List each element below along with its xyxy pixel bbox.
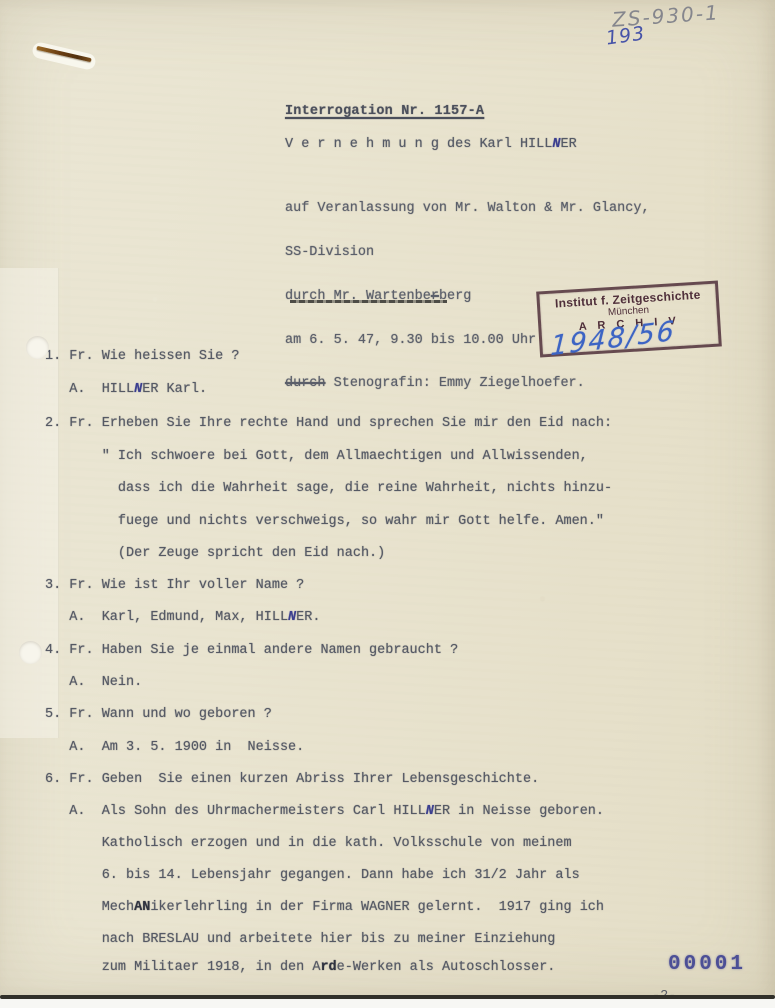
header-line-stenographer: durch Stenografin: Emmy Ziegelhoefer.	[285, 377, 650, 392]
answer-text: ikerlehrling in der Firma WAGNER gelernt…	[150, 900, 604, 915]
staple-mark	[30, 42, 100, 72]
punch-hole-bottom	[19, 641, 42, 664]
qa-question-5: 5. Fr. Wann und wo geboren ?	[45, 707, 272, 723]
qa-oath-note: (Der Zeuge spricht den Eid nach.)	[45, 546, 385, 562]
qa-answer-4: A. Nein.	[45, 675, 142, 691]
answer-text: A. Als Sohn des Uhrmachermeisters Carl H…	[45, 804, 426, 819]
overtyped-correction: rd	[320, 960, 336, 975]
answer-text: ER.	[296, 610, 320, 625]
answer-text: e-Werken als Autoschlosser.	[337, 960, 556, 975]
overtyped-correction: AN	[134, 900, 150, 915]
qa-answer-6-line-1: A. Als Sohn des Uhrmachermeisters Carl H…	[45, 804, 604, 820]
qa-question-6: 6. Fr. Geben Sie einen kurzen Abriss Ihr…	[45, 772, 539, 788]
document-title: Interrogation Nr. 1157-A	[285, 104, 484, 119]
qa-oath-line-1: " Ich schwoere bei Gott, dem Allmaechtig…	[45, 449, 588, 465]
answer-text: zum Militaer 1918, in den A	[45, 960, 320, 975]
qa-question-4: 4. Fr. Haben Sie je einmal andere Namen …	[45, 643, 458, 659]
qa-answer-6-line-6: zum Militaer 1918, in den Arde-Werken al…	[45, 960, 555, 976]
document-subject: V e r n e h m u n g des Karl HILLNER	[285, 137, 577, 152]
header-line-division: SS-Division	[285, 246, 650, 261]
scan-background	[0, 999, 775, 1008]
qa-answer-6-line-2: Katholisch erzogen und in die kath. Volk…	[45, 836, 572, 852]
qa-answer-6-line-5: nach BRESLAU und arbeitete hier bis zu m…	[45, 932, 555, 948]
qa-oath-line-2: dass ich die Wahrheit sage, die reine Wa…	[45, 481, 612, 497]
subject-name-post: ER	[560, 137, 576, 152]
qa-answer-6-line-3: 6. bis 14. Lebensjahr gegangen. Dann hab…	[45, 868, 580, 884]
struck-word: durch	[285, 376, 326, 391]
qa-answer-6-line-4: MechANikerlehrling in der Firma WAGNER g…	[45, 900, 604, 916]
qa-answer-3: A. Karl, Edmund, Max, HILLNER.	[45, 610, 320, 626]
qa-answer-1: A. HILLNER Karl.	[45, 382, 207, 398]
qa-question-2: 2. Fr. Erheben Sie Ihre rechte Hand und …	[45, 416, 612, 432]
qa-answer-5: A. Am 3. 5. 1900 in Neisse.	[45, 740, 304, 756]
handwritten-correction-n: N	[288, 610, 296, 625]
answer-text: ER in Neisse geboren.	[434, 804, 604, 819]
header-line-commissioned-by: auf Veranlassung von Mr. Walton & Mr. Gl…	[285, 202, 650, 217]
typed-divider-line	[290, 300, 447, 303]
handwritten-correction-n: N	[426, 804, 434, 819]
answer-text: A. HILL	[45, 382, 134, 397]
answer-text: ER Karl.	[142, 382, 207, 397]
stenographer-text: Stenografin: Emmy Ziegelhoefer.	[326, 376, 585, 391]
handwritten-page-ref: 193	[605, 22, 647, 49]
punch-hole-top	[26, 336, 49, 359]
subject-spaced: V e r n e h m u n g	[285, 137, 439, 152]
qa-oath-line-3: fuege und nichts verschweigs, so wahr mi…	[45, 514, 604, 530]
qa-question-1: 1. Fr. Wie heissen Sie ?	[45, 349, 239, 365]
subject-mid: des Karl	[439, 137, 520, 152]
document-page: ZS-930-1 193 Interrogation Nr. 1157-A V …	[0, 0, 775, 998]
answer-text: A. Karl, Edmund, Max, HILL	[45, 610, 288, 625]
qa-question-3: 3. Fr. Wie ist Ihr voller Name ?	[45, 578, 304, 594]
serial-number-stamp: 00001	[668, 953, 746, 976]
answer-text: Mech	[45, 900, 134, 915]
subject-name-pre: HILL	[520, 137, 552, 152]
